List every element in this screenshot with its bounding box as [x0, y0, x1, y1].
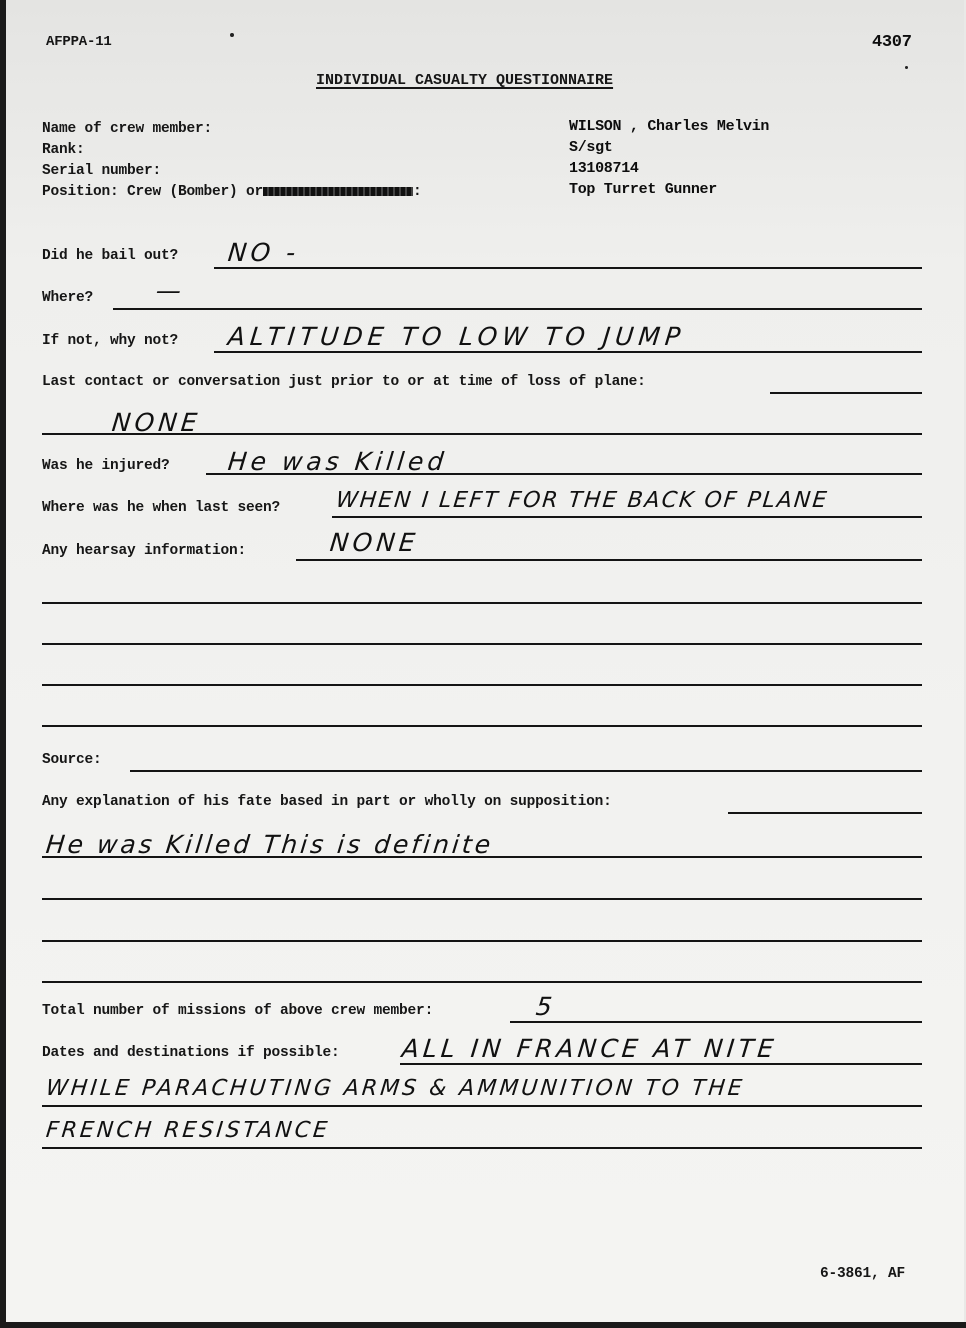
answer-line[interactable]: [130, 770, 922, 772]
answer-destinations-line-3[interactable]: French Resistance: [45, 1118, 332, 1143]
answer-last-seen[interactable]: When I left for the back of plane: [335, 488, 830, 513]
answer-hearsay[interactable]: NONE: [328, 528, 420, 557]
speck: [905, 66, 908, 69]
speck: [230, 33, 234, 37]
redaction-strikeout: [263, 187, 413, 196]
label-position-colon: :: [413, 184, 422, 200]
answer-line: [296, 559, 922, 561]
label-explanation: Any explanation of his fate based in par…: [42, 794, 612, 810]
label-destinations: Dates and destinations if possible:: [42, 1045, 340, 1061]
answer-why-not[interactable]: ALTITUDE TO LOW TO JUMP: [226, 322, 686, 351]
label-bail-out: Did he bail out?: [42, 248, 178, 264]
answer-line: [214, 267, 922, 269]
document-number: 4307: [872, 33, 912, 52]
label-where: Where?: [42, 290, 93, 306]
document-page: AFPPA-11 4307 INDIVIDUAL CASUALTY QUESTI…: [6, 0, 964, 1322]
value-name: WILSON , Charles Melvin: [569, 118, 769, 135]
answer-line: [728, 812, 922, 814]
form-code: 6-3861, AF: [820, 1266, 905, 1282]
answer-where[interactable]: —: [154, 276, 186, 305]
answer-line: [42, 856, 922, 858]
label-rank: Rank:: [42, 142, 85, 158]
form-title: INDIVIDUAL CASUALTY QUESTIONNAIRE: [316, 72, 613, 89]
blank-line: [42, 602, 922, 604]
answer-destinations-line-1[interactable]: ALL in France at nite: [400, 1034, 778, 1063]
blank-line: [42, 725, 922, 727]
answer-explanation[interactable]: He was Killed This is definite: [44, 830, 494, 859]
answer-line: [42, 433, 922, 435]
label-missions: Total number of missions of above crew m…: [42, 1003, 433, 1019]
value-serial: 13108714: [569, 160, 639, 177]
form-id: AFPPA-11: [46, 34, 112, 50]
blank-line: [42, 643, 922, 645]
label-why-not: If not, why not?: [42, 333, 178, 349]
blank-line: [42, 684, 922, 686]
answer-bail-out[interactable]: NO -: [226, 238, 300, 267]
answer-line: [42, 1147, 922, 1149]
answer-line: [214, 351, 922, 353]
label-serial: Serial number:: [42, 163, 161, 179]
label-position-text: Position: Crew (Bomber) or: [42, 184, 263, 200]
answer-line: [510, 1021, 922, 1023]
answer-line: [400, 1063, 922, 1065]
answer-line: [113, 308, 922, 310]
answer-line: [332, 516, 922, 518]
answer-injured[interactable]: He was Killed: [226, 447, 448, 476]
label-name: Name of crew member:: [42, 121, 212, 137]
label-position: Position: Crew (Bomber) or:: [42, 184, 422, 200]
label-injured: Was he injured?: [42, 458, 170, 474]
value-rank: S/sgt: [569, 139, 613, 156]
answer-line: [770, 392, 922, 394]
answer-destinations-line-2[interactable]: While parachuting arms & ammunition to t…: [45, 1076, 746, 1101]
scan-bottom-edge: [0, 1322, 966, 1328]
answer-line: [42, 1105, 922, 1107]
answer-line: [206, 473, 922, 475]
label-source: Source:: [42, 752, 102, 768]
value-position: Top Turret Gunner: [569, 181, 717, 198]
blank-line: [42, 940, 922, 942]
label-hearsay: Any hearsay information:: [42, 543, 246, 559]
label-last-seen: Where was he when last seen?: [42, 500, 280, 516]
label-last-contact: Last contact or conversation just prior …: [42, 374, 646, 390]
blank-line: [42, 898, 922, 900]
blank-line: [42, 981, 922, 983]
answer-missions[interactable]: 5: [534, 992, 557, 1021]
